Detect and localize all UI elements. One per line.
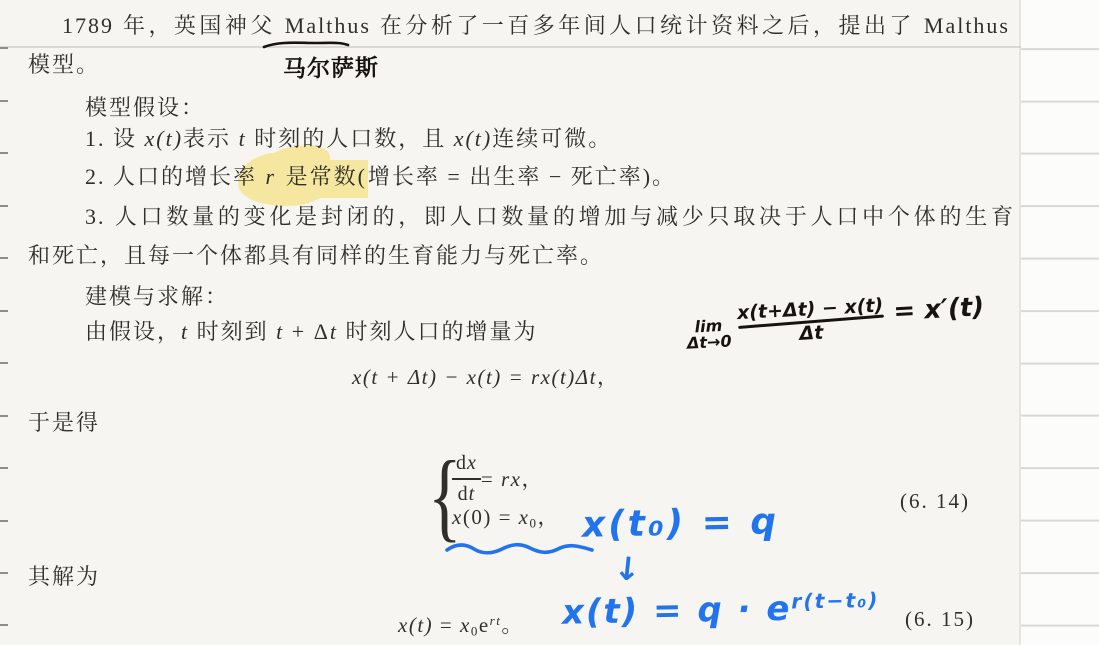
assumption-item-2: 2. 人口的增长率 r 是常数(增长率 = 出生率 − 死亡率)。 <box>85 162 676 192</box>
assumption-item-3-line-1: 3. 人口数量的变化是封闭的，即人口数量的增加与减少只取决于人口中个体的生育 <box>85 202 1015 232</box>
ruled-line-tick <box>0 415 8 417</box>
malthus-underline-annotation <box>262 39 350 49</box>
derivative-result: = x′(t) <box>893 292 985 327</box>
equation-number-615: (6. 15) <box>905 607 975 632</box>
limit-derivative-annotation: lim Δt→0 x(t+Δt) − x(t) Δt = x′(t) <box>686 296 985 344</box>
intro-line-2: 模型。 <box>28 50 100 80</box>
ruled-line-tick <box>0 467 8 469</box>
fraction-numerator: dx <box>452 450 481 478</box>
ruled-line-tick <box>0 257 8 259</box>
notebook-ruled-lines <box>1021 0 1099 645</box>
blue-down-arrow-annotation: ↓ <box>612 549 643 590</box>
ruled-line-tick <box>0 362 8 364</box>
blue-initial-condition-annotation: x(t₀) = q <box>582 501 780 545</box>
ruled-line-tick <box>0 47 8 49</box>
connective-solution: 其解为 <box>28 562 100 592</box>
connective-thus: 于是得 <box>28 408 100 438</box>
ruled-line-tick <box>0 624 8 626</box>
assumptions-heading: 模型假设： <box>85 93 205 123</box>
intro-line-1: 1789 年，英国神父 Malthus 在分析了一百多年间人口统计资料之后，提出… <box>62 11 1010 41</box>
equation-increment: x(t + Δt) − x(t) = rx(t)Δt， <box>352 363 619 391</box>
difference-quotient: x(t+Δt) − x(t) Δt <box>737 295 885 348</box>
blue-solution-annotation: x(t) = q · er(t−t₀) <box>562 587 880 633</box>
equation-614-row-2: x(0) = x0， <box>452 503 560 532</box>
scanned-textbook-page: 1789 年，英国神父 Malthus 在分析了一百多年间人口统计资料之后，提出… <box>0 0 1099 645</box>
assumption-item-3-line-2: 和死亡，且每一个体都具有同样的生育能力与死亡率。 <box>28 241 604 271</box>
malthus-chinese-annotation: 马尔萨斯 <box>283 49 380 84</box>
equation-614-row-1: dx dt = rx， <box>452 450 544 508</box>
ruled-line-tick <box>0 572 8 574</box>
lim-symbol: lim Δt→0 <box>686 317 732 351</box>
page-seam-line <box>0 46 1021 48</box>
ruled-line-tick <box>0 100 8 102</box>
limit-expression: lim Δt→0 x(t+Δt) − x(t) Δt = x′(t) <box>685 288 986 352</box>
ruled-line-tick <box>0 520 8 522</box>
assumption-item-1: 1. 设 x(t)表示 t 时刻的人口数，且 x(t)连续可微。 <box>85 124 612 154</box>
page-right-edge <box>1019 0 1021 645</box>
ruled-line-tick <box>0 205 8 207</box>
fraction-dx-dt: dx dt <box>452 450 481 508</box>
wavy-underline-annotation <box>444 540 596 558</box>
modeling-heading: 建模与求解： <box>85 282 229 312</box>
equation-number-614: (6. 14) <box>900 489 970 514</box>
modeling-line: 由假设，t 时刻到 t + Δt 时刻人口的增量为 <box>85 317 537 347</box>
ruled-line-tick <box>0 152 8 154</box>
equation-615: x(t) = x0ert。 <box>398 611 524 640</box>
equation-614-rhs: = rx， <box>481 465 544 493</box>
ruled-line-tick <box>0 310 8 312</box>
